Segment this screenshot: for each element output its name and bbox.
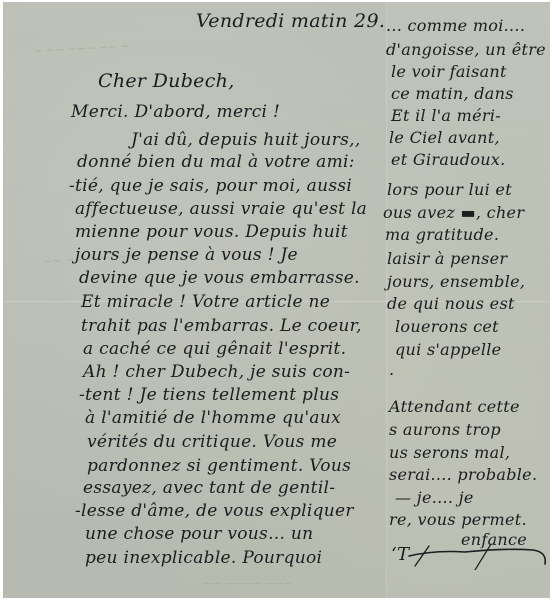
letter-line: .: [389, 362, 394, 378]
letter-line: a caché ce qui gênait l'esprit.: [83, 341, 346, 358]
salutation: Cher Dubech,: [98, 72, 235, 91]
letter-line: une chose pour vous... un: [85, 526, 313, 543]
letter-line: pardonnez si gentiment. Vous: [87, 458, 351, 475]
date-line: Vendredi matin 29.: [196, 12, 385, 31]
signature-flourish-icon: [405, 530, 550, 570]
letter-line: re, vous permet.: [389, 512, 527, 528]
letter-line: Et il l'a méri-: [391, 108, 501, 124]
letter-line: -tié, que je sais, pour moi, aussi: [69, 178, 352, 195]
letter-line: s aurons trop: [389, 422, 501, 438]
letter-line: affectueuse, aussi vraie qu'est la: [75, 201, 367, 218]
letter-line: devine que je vous embarrasse.: [79, 270, 360, 287]
letter-line: ce matin, dans: [391, 86, 514, 102]
letter-line: de qui nous est: [387, 296, 515, 312]
letter-line: Ah ! cher Dubech, je suis con-: [83, 364, 350, 381]
show-through-text: ~ ~~ ~~~ ~~ ~: [33, 39, 130, 57]
letter-line: — je.... je: [395, 490, 474, 506]
letter-line: trahit pas l'embarras. Le coeur,: [81, 318, 362, 335]
letter-line: le Ciel avant,: [389, 130, 500, 146]
letter-line: d'angoisse, un être: [386, 42, 546, 58]
letter-line: jours, ensemble,: [387, 274, 525, 290]
letter-line: -tent ! Je tiens tellement plus: [79, 387, 339, 404]
letter-line: mienne pour vous. Depuis huit: [75, 224, 348, 241]
letter-line: peu inexplicable. Pourquoi: [85, 550, 322, 567]
letter-line: laisir à penser: [387, 251, 507, 267]
letter-line: J'ai dû, depuis huit jours,,: [131, 132, 361, 149]
letter-line: louerons cet: [395, 319, 499, 335]
letter-line: serai.... probable.: [389, 467, 537, 483]
letter-line: ... comme moi....: [386, 18, 525, 34]
letter-line: donné bien du mal à votre ami:: [77, 154, 355, 171]
letter-line: Merci. D'abord, merci !: [71, 104, 280, 121]
letter-line: Attendant cette: [389, 399, 520, 415]
letter-line: ous avez ▬, cher: [383, 205, 524, 221]
letter-sheet: ~ ~~ ~~~ ~~ ~ ~~ ~ ~~~~ ~~ ~~ ~~~~ ~~~ V…: [3, 2, 550, 598]
letter-line: us serons mal,: [389, 445, 510, 461]
letter-line: -lesse d'âme, de vous expliquer: [75, 503, 354, 520]
show-through-text: ~~ ~~~~ ~~~: [203, 577, 293, 590]
letter-line: ma gratitude.: [385, 227, 499, 243]
letter-line: jours je pense à vous ! Je: [75, 247, 298, 264]
letter-line: qui s'appelle: [395, 342, 501, 358]
letter-line: essayez, avec tant de gentil-: [83, 480, 335, 497]
letter-line: vérités du critique. Vous me: [87, 434, 337, 451]
letter-line: à l'amitié de l'homme qu'aux: [85, 410, 341, 427]
letter-line: et Giraudoux.: [391, 152, 506, 168]
letter-line: Et miracle ! Votre article ne: [81, 294, 330, 311]
letter-line: le voir faisant: [391, 64, 507, 80]
letter-line: lors pour lui et: [387, 182, 512, 198]
